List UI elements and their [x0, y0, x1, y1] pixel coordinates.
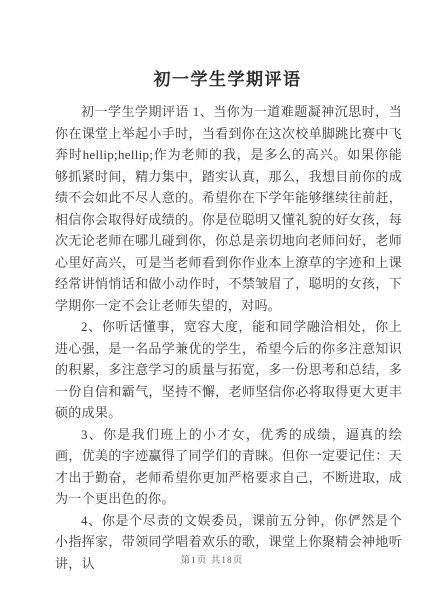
document-page: 初一学生学期评语 初一学生学期评语 1、当你为一道难题凝神沉思时，当你在课堂上举…: [0, 0, 424, 600]
page-title: 初一学生学期评语: [0, 68, 424, 92]
paragraph-1: 初一学生学期评语 1、当你为一道难题凝神沉思时，当你在课堂上举起小手时，当看到你…: [55, 101, 402, 316]
paragraph-2: 2、你听话懂事，宽容大度，能和同学融洽相处，你上进心强，是一名品学兼优的学生，希…: [55, 316, 402, 424]
paragraph-3: 3、你是我们班上的小才女，优秀的成绩，逼真的绘画，优美的字迹赢得了同学们的青睐。…: [55, 424, 402, 510]
document-body: 初一学生学期评语 1、当你为一道难题凝神沉思时，当你在课堂上举起小手时，当看到你…: [0, 101, 424, 574]
page-number: 第1页 共18页: [0, 552, 424, 566]
